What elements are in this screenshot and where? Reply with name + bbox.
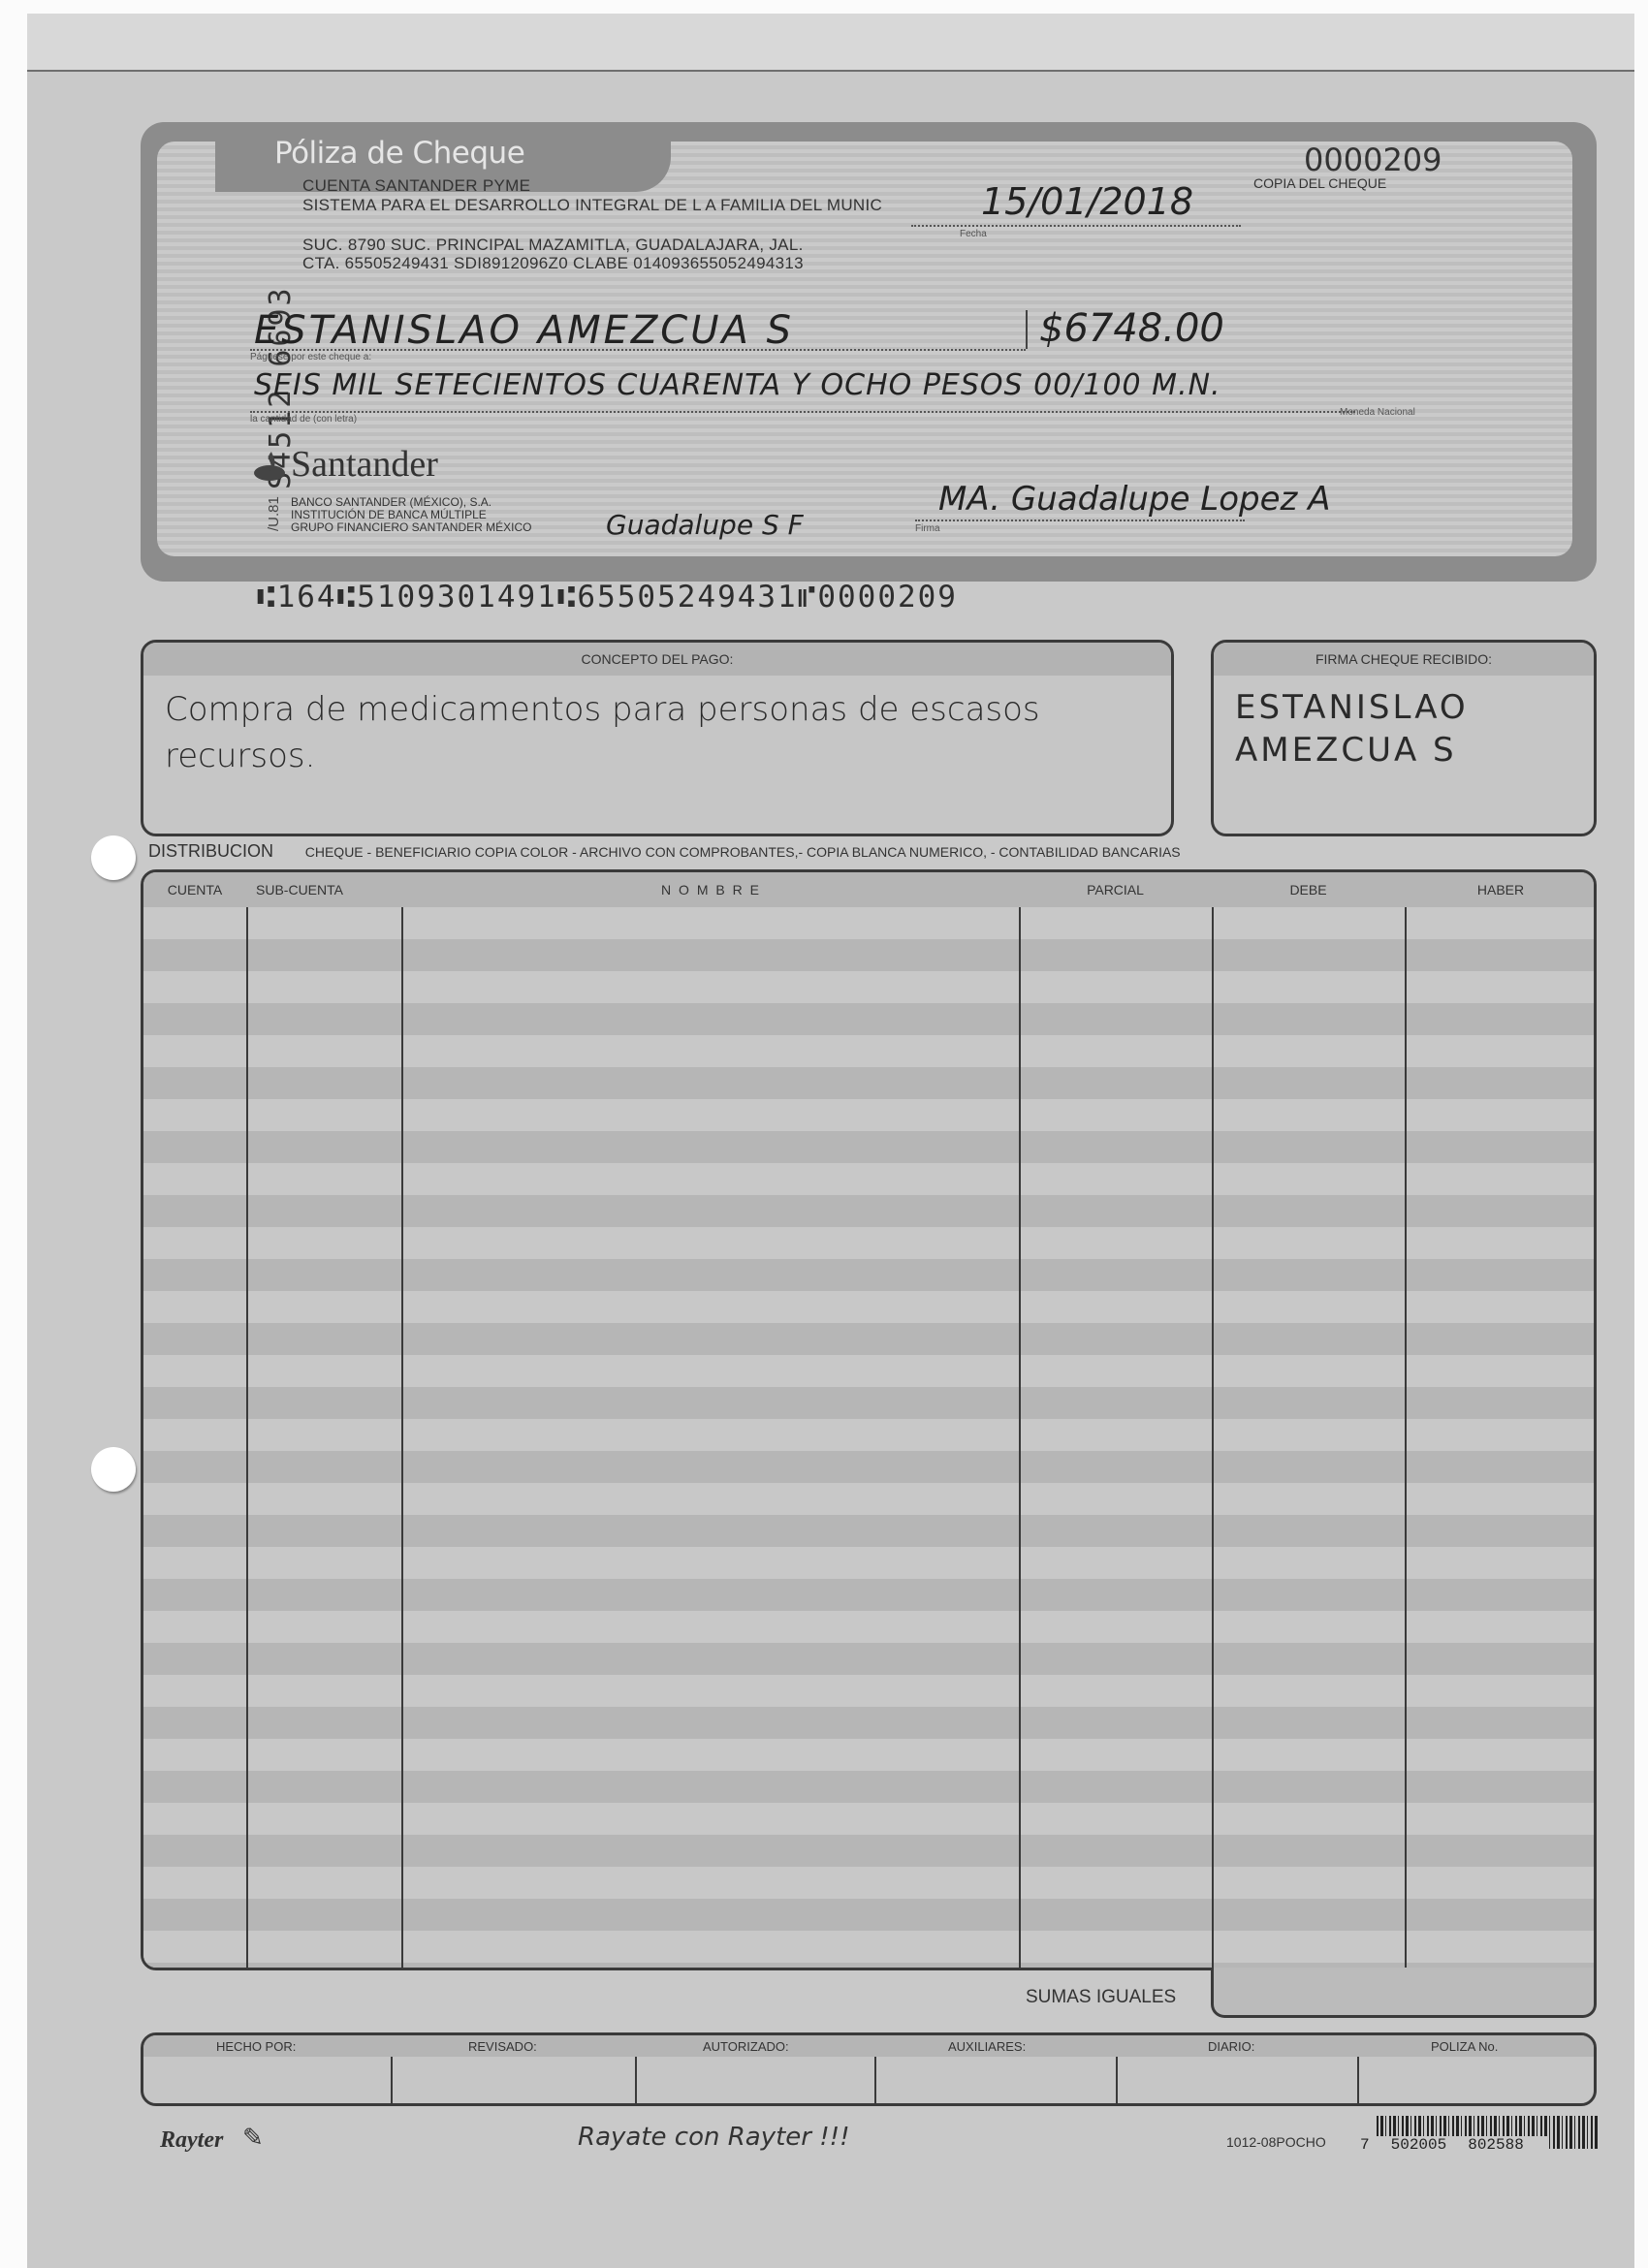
punch-hole xyxy=(91,1447,136,1492)
signature-line xyxy=(915,520,1245,521)
amount-divider xyxy=(1026,310,1028,349)
check-date: 15/01/2018 xyxy=(981,180,1193,223)
field-hecho-por: HECHO POR: xyxy=(216,2039,296,2054)
field-divider xyxy=(391,2057,393,2103)
distribution-text: CHEQUE - BENEFICIARIO COPIA COLOR - ARCH… xyxy=(305,844,1181,860)
ledger-header: CUENTA SUB-CUENTA N O M B R E PARCIAL DE… xyxy=(143,872,1594,907)
totals-box xyxy=(1211,1968,1597,2018)
column-divider xyxy=(246,907,248,1968)
pen-icon: ✎ xyxy=(242,2123,264,2153)
column-divider xyxy=(1212,907,1214,1968)
column-divider xyxy=(401,907,403,1968)
field-divider xyxy=(874,2057,876,2103)
check-number: 0000209 xyxy=(1304,142,1442,178)
account-numbers: CTA. 65505249431 SDI8912096Z0 CLABE 0140… xyxy=(302,254,804,273)
signature-label: Firma xyxy=(915,523,940,534)
receipt-signature-box: FIRMA CHEQUE RECIBIDO: ESTANISLAO AMEZCU… xyxy=(1211,640,1597,836)
col-sub-cuenta: SUB-CUENTA xyxy=(246,882,353,898)
col-haber: HABER xyxy=(1405,882,1597,898)
bank-logo-text: Santander xyxy=(291,443,438,486)
barcode-digits: 7502005802588 xyxy=(1357,2136,1548,2154)
field-poliza-no: POLIZA No. xyxy=(1431,2039,1498,2054)
concept-box: CONCEPTO DEL PAGO: Compra de medicamento… xyxy=(141,640,1174,836)
column-divider xyxy=(1405,907,1407,1968)
field-divider xyxy=(1116,2057,1118,2103)
receipt-label: FIRMA CHEQUE RECIBIDO: xyxy=(1214,643,1594,676)
paper-top-fold xyxy=(27,14,1634,72)
date-line xyxy=(911,225,1241,227)
col-parcial: PARCIAL xyxy=(1019,882,1212,898)
copy-label: COPIA DEL CHEQUE xyxy=(1253,175,1386,191)
field-autorizado: AUTORIZADO: xyxy=(703,2039,789,2054)
santander-flame-icon xyxy=(250,448,289,483)
approvals-header: HECHO POR: REVISADO: AUTORIZADO: AUXILIA… xyxy=(143,2035,1594,2057)
amount-in-words: SEIS MIL SETECIENTOS CUARENTA Y OCHO PES… xyxy=(254,368,1221,402)
slogan: Rayate con Rayter !!! xyxy=(578,2123,850,2152)
branch-info: SUC. 8790 SUC. PRINCIPAL MAZAMITLA, GUAD… xyxy=(302,236,804,255)
concept-label: CONCEPTO DEL PAGO: xyxy=(143,643,1171,676)
vertical-small-code: /U.81 xyxy=(266,496,282,531)
account-type: CUENTA SANTANDER PYME xyxy=(302,176,530,196)
drawer-signature: MA. Guadalupe Lopez A xyxy=(938,480,1330,519)
col-debe: DEBE xyxy=(1212,882,1405,898)
micr-line: ⑆164⑆5109301491⑆65505249431⑈0000209 xyxy=(257,580,958,614)
account-holder: SISTEMA PARA EL DESARROLLO INTEGRAL DE L… xyxy=(302,196,882,215)
col-nombre: N O M B R E xyxy=(403,882,1019,898)
ledger-table: CUENTA SUB-CUENTA N O M B R E PARCIAL DE… xyxy=(141,869,1597,1970)
col-cuenta: CUENTA xyxy=(143,882,246,898)
countersignature: Guadalupe S F xyxy=(606,509,804,541)
ledger-rows xyxy=(143,907,1594,1968)
receipt-signature: ESTANISLAO AMEZCUA S xyxy=(1235,686,1469,772)
totals-label: SUMAS IGUALES xyxy=(1026,1987,1176,2008)
check-amount: $6748.00 xyxy=(1039,306,1224,351)
punch-hole xyxy=(91,835,136,880)
column-divider xyxy=(1019,907,1021,1968)
date-label: Fecha xyxy=(960,229,987,239)
payee-name: ESTANISLAO AMEZCUA S xyxy=(254,308,794,353)
distribution-note: DISTRIBUCION CHEQUE - BENEFICIARIO COPIA… xyxy=(148,841,1181,862)
field-diario: DIARIO: xyxy=(1208,2039,1254,2054)
amount-words-line xyxy=(250,411,1355,413)
field-divider xyxy=(635,2057,637,2103)
currency-label: Moneda Nacional xyxy=(1340,407,1415,418)
field-revisado: REVISADO: xyxy=(468,2039,537,2054)
distribution-label: DISTRIBUCION xyxy=(148,841,273,861)
approvals-box: HECHO POR: REVISADO: AUTORIZADO: AUXILIA… xyxy=(141,2032,1597,2106)
rayter-logo: Rayter xyxy=(160,2127,223,2154)
field-auxiliares: AUXILIARES: xyxy=(948,2039,1026,2054)
amount-words-label: la cantidad de (con letra) xyxy=(250,414,357,425)
check-title: Póliza de Cheque xyxy=(274,136,524,171)
concept-text: Compra de medicamentos para personas de … xyxy=(165,686,1040,779)
field-divider xyxy=(1357,2057,1359,2103)
bank-legal: BANCO SANTANDER (MÉXICO), S.A. INSTITUCI… xyxy=(291,496,531,534)
payee-line xyxy=(250,349,1026,351)
payee-label: Páguese por este cheque a: xyxy=(250,352,371,362)
form-code: 1012-08POCHO xyxy=(1226,2134,1326,2150)
